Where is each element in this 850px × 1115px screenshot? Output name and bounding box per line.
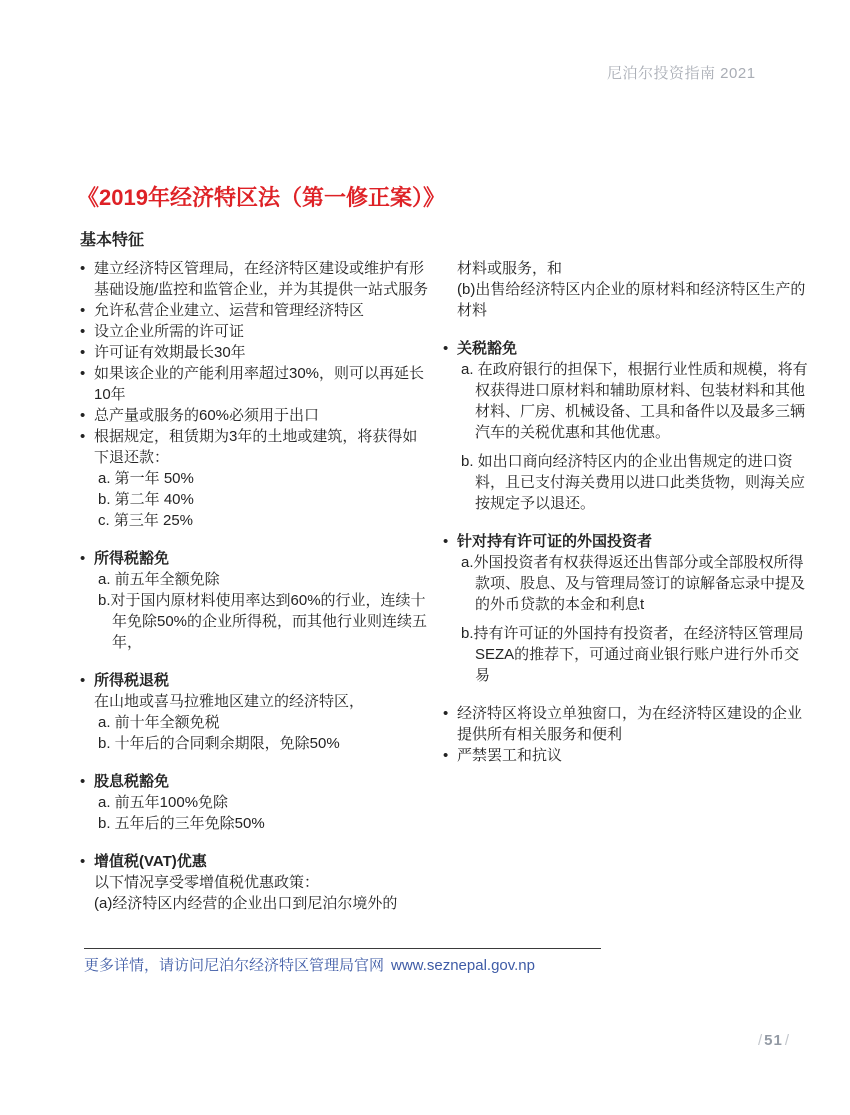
bullet-icon: • (443, 531, 448, 552)
list-item: b.持有许可证的外国持有投资者，在经济特区管理局SEZA的推荐下，可通过商业银行… (443, 623, 810, 686)
list-item-text: 所得税豁免 (94, 550, 169, 567)
list-item: •经济特区将设立单独窗口，为在经济特区建设的企业提供所有相关服务和便利 (443, 703, 810, 745)
bullet-icon: • (443, 745, 448, 766)
list-item-text: 材料或服务，和 (457, 260, 562, 277)
list-item-text: c. 第三年 25% (98, 512, 193, 529)
list-item: •如果该企业的产能利用率超过30%，则可以再延长10年 (80, 363, 432, 405)
header-title: 尼泊尔投资指南 2021 (607, 62, 756, 83)
footer-link[interactable]: www.seznepal.gov.np (391, 957, 535, 974)
page-number-slash-left: / (756, 1032, 764, 1049)
list-item: •建立经济特区管理局，在经济特区建设或维护有形基础设施/监控和监管企业，并为其提… (80, 258, 432, 300)
list-item: (b)出售给经济特区内企业的原材料和经济特区生产的材料 (443, 279, 810, 321)
list-item-text: a. 在政府银行的担保下，根据行业性质和规模，将有权获得进口原材料和辅助原材料、… (461, 361, 808, 441)
list-item-text: b. 如出口商向经济特区内的企业出售规定的进口资料，且已支付海关费用以进口此类货… (461, 453, 805, 512)
list-item-text: 所得税退税 (94, 672, 169, 689)
list-item-text: (a)经济特区内经营的企业出口到尼泊尔境外的 (94, 895, 397, 912)
bullet-icon: • (80, 670, 85, 691)
list-item: •关税豁免 (443, 338, 810, 359)
bullet-icon: • (80, 548, 85, 569)
bullet-icon: • (80, 771, 85, 792)
list-item-text: 总产量或服务的60%必须用于出口 (94, 407, 319, 424)
list-item-text: b.持有许可证的外国持有投资者，在经济特区管理局SEZA的推荐下，可通过商业银行… (461, 625, 804, 684)
list-item: a. 在政府银行的担保下，根据行业性质和规模，将有权获得进口原材料和辅助原材料、… (443, 359, 810, 443)
bullet-icon: • (443, 338, 448, 359)
list-item: b. 十年后的合同剩余期限，免除50% (80, 733, 432, 754)
page-footer: 更多详情，请访问尼泊尔经济特区管理局官网www.seznepal.gov.np (84, 954, 535, 975)
list-item: 在山地或喜马拉雅地区建立的经济特区， (80, 691, 432, 712)
list-item-text: b.对于国内原材料使用率达到60%的行业，连续十年免除50%的企业所得税，而其他… (98, 592, 427, 651)
column-right: 材料或服务，和(b)出售给经济特区内企业的原材料和经济特区生产的材料•关税豁免a… (443, 258, 810, 766)
list-item: •允许私营企业建立、运营和管理经济特区 (80, 300, 432, 321)
page-number-value: 51 (764, 1032, 783, 1049)
list-item: •设立企业所需的许可证 (80, 321, 432, 342)
list-item-text: a. 前五年100%免除 (98, 794, 228, 811)
list-item-text: 允许私营企业建立、运营和管理经济特区 (94, 302, 364, 319)
list-item-text: 关税豁免 (457, 340, 517, 357)
footer-note: 更多详情，请访问尼泊尔经济特区管理局官网 (84, 957, 384, 974)
list-item: b. 五年后的三年免除50% (80, 813, 432, 834)
list-item: a.外国投资者有权获得返还出售部分或全部股权所得款项、股息、及与管理局签订的谅解… (443, 552, 810, 615)
list-item: 材料或服务，和 (443, 258, 810, 279)
list-item-text: a. 第一年 50% (98, 470, 194, 487)
page-number: /51/ (756, 1032, 791, 1049)
list-item-text: b. 第二年 40% (98, 491, 194, 508)
list-item-text: a. 前五年全额免除 (98, 571, 220, 588)
list-item-text: 严禁罢工和抗议 (457, 747, 562, 764)
list-item: •许可证有效期最长30年 (80, 342, 432, 363)
list-item: a. 前十年全额免税 (80, 712, 432, 733)
list-item-text: (b)出售给经济特区内企业的原材料和经济特区生产的材料 (457, 281, 805, 319)
list-item-text: 设立企业所需的许可证 (94, 323, 244, 340)
list-item-text: 在山地或喜马拉雅地区建立的经济特区， (94, 693, 364, 710)
list-item-text: 股息税豁免 (94, 773, 169, 790)
page-title: 《2019年经济特区法（第一修正案）》 (77, 181, 445, 212)
list-item-text: 如果该企业的产能利用率超过30%，则可以再延长10年 (94, 365, 424, 403)
bullet-icon: • (80, 851, 85, 872)
bullet-icon: • (80, 342, 85, 363)
list-item-text: 以下情况享受零增值税优惠政策： (94, 874, 319, 891)
bullet-icon: • (80, 321, 85, 342)
list-item: c. 第三年 25% (80, 510, 432, 531)
bullet-icon: • (443, 703, 448, 724)
bullet-icon: • (80, 258, 85, 279)
bullet-icon: • (80, 300, 85, 321)
list-item-text: b. 十年后的合同剩余期限，免除50% (98, 735, 340, 752)
list-item-text: 增值税(VAT)优惠 (94, 853, 207, 870)
list-item-text: 许可证有效期最长30年 (94, 344, 246, 361)
bullet-icon: • (80, 426, 85, 447)
list-item: b. 第二年 40% (80, 489, 432, 510)
bullet-icon: • (80, 405, 85, 426)
bullet-icon: • (80, 363, 85, 384)
list-item: •总产量或服务的60%必须用于出口 (80, 405, 432, 426)
list-item: •所得税退税 (80, 670, 432, 691)
list-item-text: a.外国投资者有权获得返还出售部分或全部股权所得款项、股息、及与管理局签订的谅解… (461, 554, 805, 613)
footer-divider (84, 948, 601, 949)
list-item: (a)经济特区内经营的企业出口到尼泊尔境外的 (80, 893, 432, 914)
document-page: 尼泊尔投资指南 2021 《2019年经济特区法（第一修正案）》 基本特征 •建… (0, 0, 850, 1115)
list-item-text: 根据规定，租赁期为3年的土地或建筑，将获得如下退还款： (94, 428, 417, 466)
list-item: 以下情况享受零增值税优惠政策： (80, 872, 432, 893)
list-item: •股息税豁免 (80, 771, 432, 792)
list-item-text: 针对持有许可证的外国投资者 (457, 533, 652, 550)
section-heading: 基本特征 (80, 227, 144, 250)
list-item: a. 前五年全额免除 (80, 569, 432, 590)
list-item: a. 前五年100%免除 (80, 792, 432, 813)
list-item-text: 建立经济特区管理局，在经济特区建设或维护有形基础设施/监控和监管企业，并为其提供… (94, 260, 428, 298)
list-item: •所得税豁免 (80, 548, 432, 569)
page-number-slash-right: / (783, 1032, 791, 1049)
list-item: •严禁罢工和抗议 (443, 745, 810, 766)
list-item: b. 如出口商向经济特区内的企业出售规定的进口资料，且已支付海关费用以进口此类货… (443, 451, 810, 514)
list-item: •根据规定，租赁期为3年的土地或建筑，将获得如下退还款： (80, 426, 432, 468)
list-item: •增值税(VAT)优惠 (80, 851, 432, 872)
list-item-text: b. 五年后的三年免除50% (98, 815, 265, 832)
column-left: •建立经济特区管理局，在经济特区建设或维护有形基础设施/监控和监管企业，并为其提… (80, 258, 432, 914)
list-item: b.对于国内原材料使用率达到60%的行业，连续十年免除50%的企业所得税，而其他… (80, 590, 432, 653)
list-item: a. 第一年 50% (80, 468, 432, 489)
list-item-text: 经济特区将设立单独窗口，为在经济特区建设的企业提供所有相关服务和便利 (457, 705, 802, 743)
list-item: •针对持有许可证的外国投资者 (443, 531, 810, 552)
list-item-text: a. 前十年全额免税 (98, 714, 220, 731)
